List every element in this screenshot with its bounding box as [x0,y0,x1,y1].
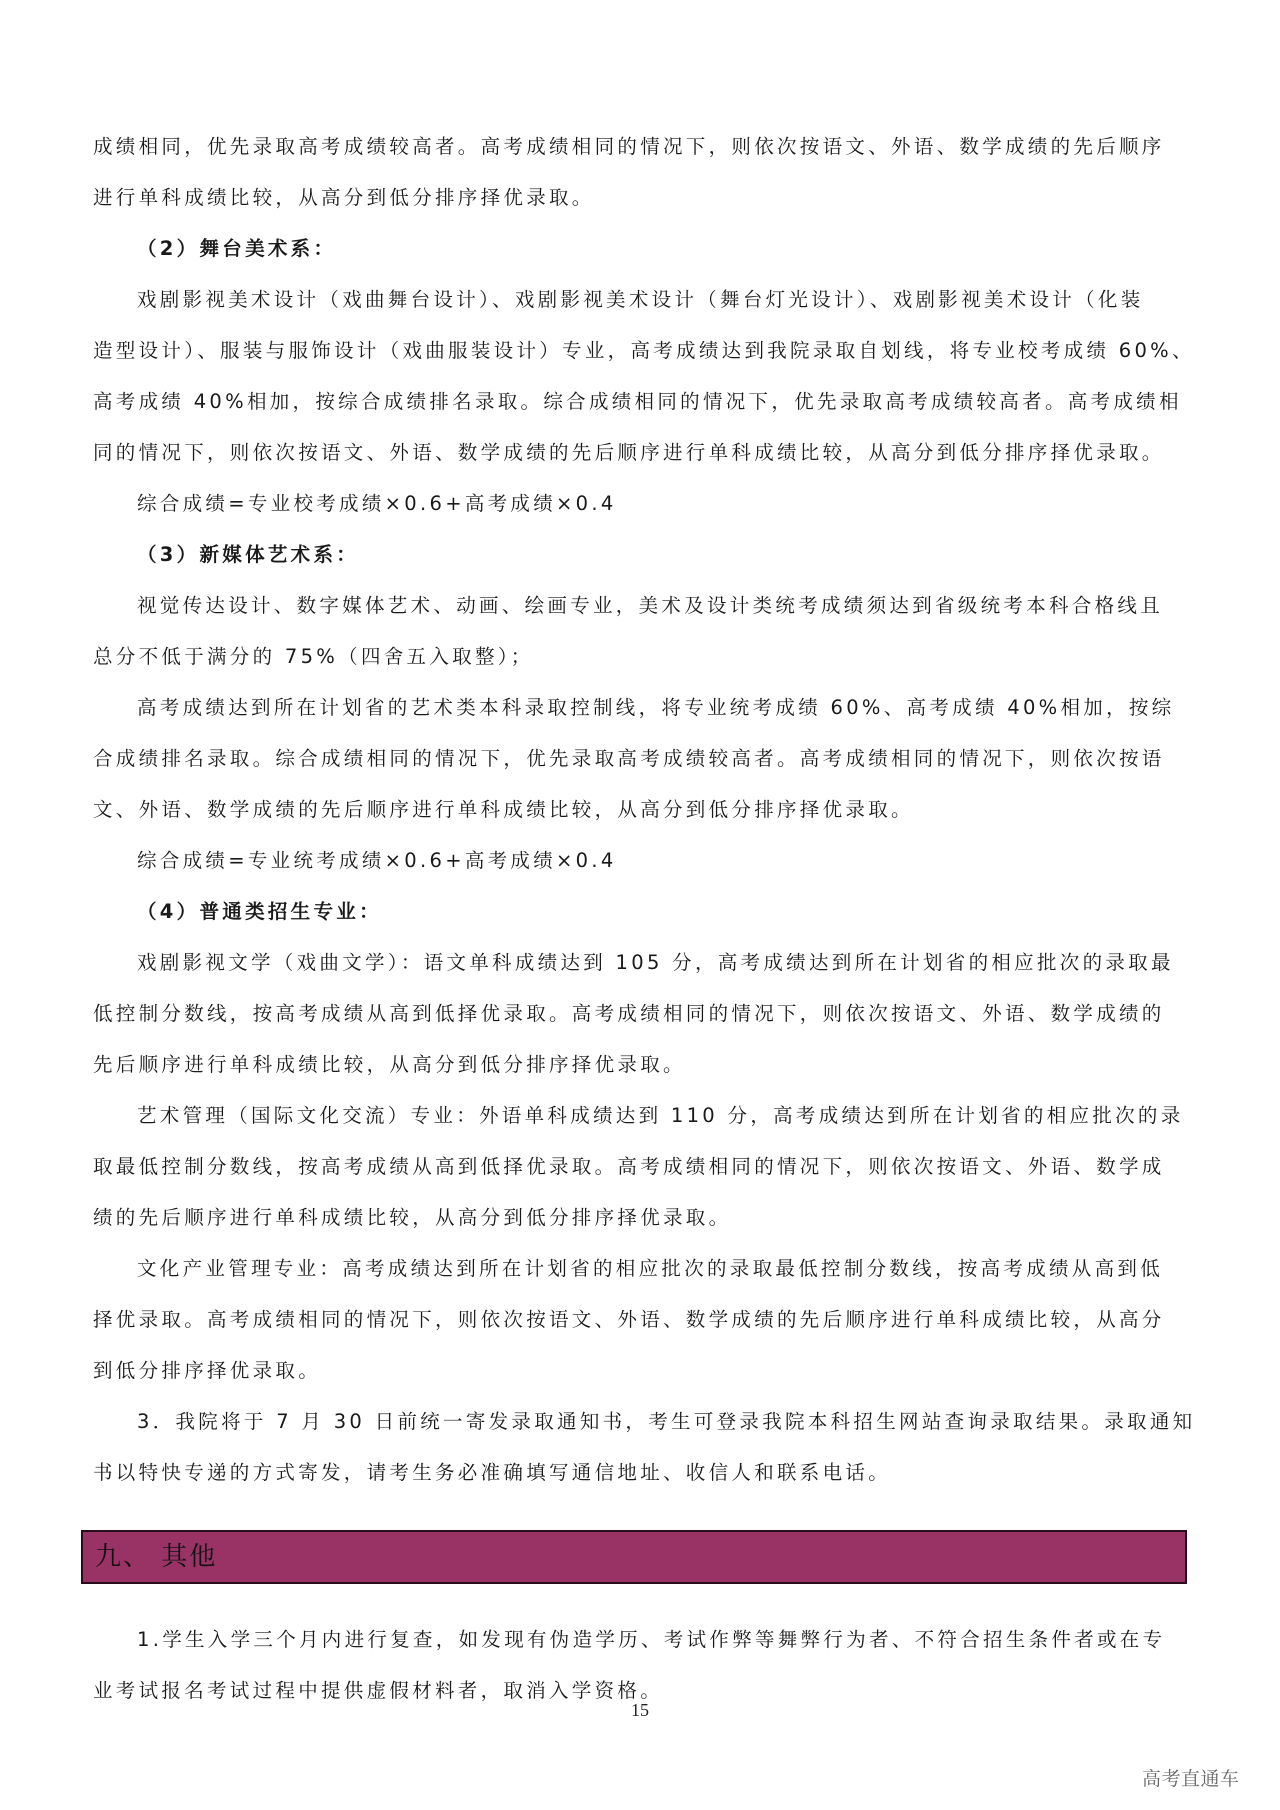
text-line: 进行单科成绩比较，从高分到低分排序择优录取。 [93,172,1183,223]
document-page: 成绩相同，优先录取高考成绩较高者。高考成绩相同的情况下，则依次按语文、外语、数学… [0,0,1280,1810]
text-line: 戏剧影视美术设计（戏曲舞台设计）、戏剧影视美术设计（舞台灯光设计）、戏剧影视美术… [93,274,1183,325]
text-line: 高考成绩 40%相加，按综合成绩排名录取。综合成绩相同的情况下，优先录取高考成绩… [93,376,1183,427]
text-line: 文、外语、数学成绩的先后顺序进行单科成绩比较，从高分到低分排序择优录取。 [93,784,1183,835]
text-line: 艺术管理（国际文化交流）专业：外语单科成绩达到 110 分，高考成绩达到所在计划… [93,1090,1183,1141]
body-text: 成绩相同，优先录取高考成绩较高者。高考成绩相同的情况下，则依次按语文、外语、数学… [93,121,1183,1498]
text-line: 高考成绩达到所在计划省的艺术类本科录取控制线，将专业统考成绩 60%、高考成绩 … [93,682,1183,733]
subsection-heading: （4）普通类招生专业： [93,886,1183,937]
text-line: 到低分排序择优录取。 [93,1345,1183,1396]
page-number: 15 [620,1700,660,1721]
text-line: 1.学生入学三个月内进行复查，如发现有伪造学历、考试作弊等舞弊行为者、不符合招生… [93,1614,1183,1665]
subsection-heading: （2）舞台美术系： [93,223,1183,274]
watermark: 高考直通车 [1142,1764,1240,1791]
text-line: 综合成绩=专业统考成绩×0.6+高考成绩×0.4 [93,835,1183,886]
text-line: 总分不低于满分的 75%（四舍五入取整）； [93,631,1183,682]
section-header-bar: 九、 其他 [81,1530,1187,1584]
text-line: 择优录取。高考成绩相同的情况下，则依次按语文、外语、数学成绩的先后顺序进行单科成… [93,1294,1183,1345]
text-line: 同的情况下，则依次按语文、外语、数学成绩的先后顺序进行单科成绩比较，从高分到低分… [93,427,1183,478]
text-line: 视觉传达设计、数字媒体艺术、动画、绘画专业，美术及设计类统考成绩须达到省级统考本… [93,580,1183,631]
text-line: 成绩相同，优先录取高考成绩较高者。高考成绩相同的情况下，则依次按语文、外语、数学… [93,121,1183,172]
text-line: 先后顺序进行单科成绩比较，从高分到低分排序择优录取。 [93,1039,1183,1090]
text-line: 合成绩排名录取。综合成绩相同的情况下，优先录取高考成绩较高者。高考成绩相同的情况… [93,733,1183,784]
section-title: 九、 其他 [95,1532,217,1582]
text-line: 低控制分数线，按高考成绩从高到低择优录取。高考成绩相同的情况下，则依次按语文、外… [93,988,1183,1039]
text-line: 造型设计）、服装与服饰设计（戏曲服装设计）专业，高考成绩达到我院录取自划线，将专… [93,325,1183,376]
text-line: 戏剧影视文学（戏曲文学）：语文单科成绩达到 105 分，高考成绩达到所在计划省的… [93,937,1183,988]
text-line: 书以特快专递的方式寄发，请考生务必准确填写通信地址、收信人和联系电话。 [93,1447,1183,1498]
text-line: 绩的先后顺序进行单科成绩比较，从高分到低分排序择优录取。 [93,1192,1183,1243]
subsection-heading: （3）新媒体艺术系： [93,529,1183,580]
text-line: 3．我院将于 7 月 30 日前统一寄发录取通知书，考生可登录我院本科招生网站查… [93,1396,1183,1447]
text-line: 文化产业管理专业：高考成绩达到所在计划省的相应批次的录取最低控制分数线，按高考成… [93,1243,1183,1294]
text-line: 综合成绩=专业校考成绩×0.6+高考成绩×0.4 [93,478,1183,529]
text-line: 取最低控制分数线，按高考成绩从高到低择优录取。高考成绩相同的情况下，则依次按语文… [93,1141,1183,1192]
